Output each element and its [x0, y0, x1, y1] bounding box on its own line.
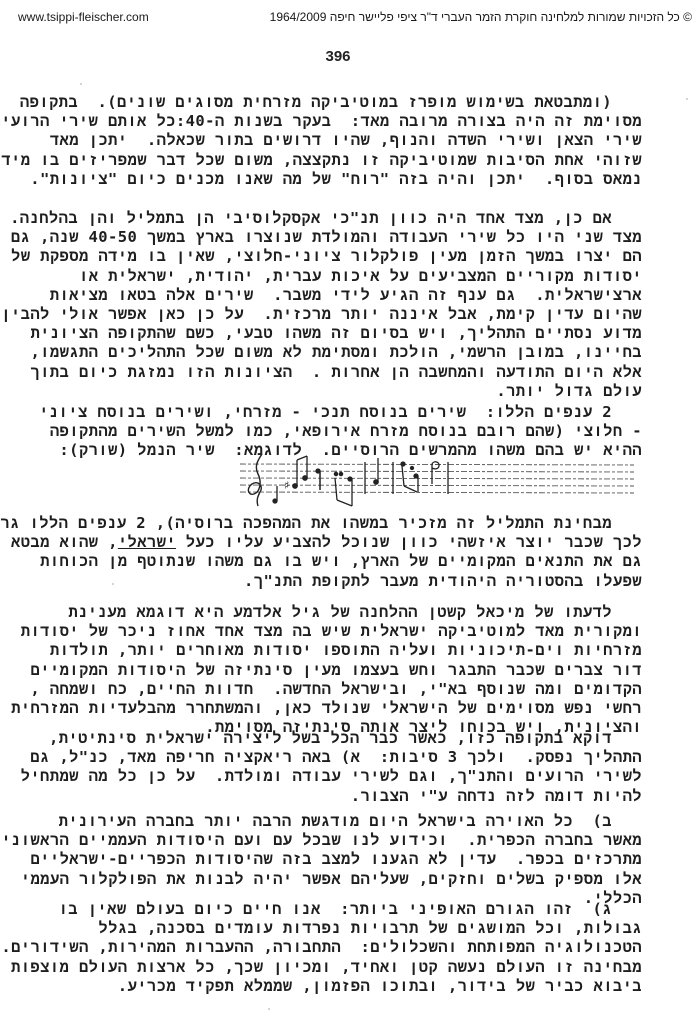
text-line: ומקורית מאד למוטיביקה ישראלית שיש בה מצד…	[58, 622, 642, 641]
music-staff-example: ♯	[240, 454, 634, 516]
copyright-notice: © כל הזכויות שמורות למלחינה חוקרת הזמר ה…	[270, 10, 692, 24]
paragraph-5: לדעתו של מיכאל קשטן ההלחנה של גיל אלדמע …	[58, 603, 642, 737]
text-line: ארצישראלית. גם ענף זה הגיע לידי משבר. שי…	[58, 286, 642, 305]
text-line: הם יצרו במשך הזמן מעין פולקלור ציוני-חלו…	[58, 247, 642, 266]
text-line: ביבוא כביר של בידור, ובתוכו הפזמון, שממל…	[58, 977, 642, 996]
text-line: הטכנולוגיה המפותחת והשכלולים: התחבורה, ה…	[58, 938, 642, 957]
paragraph-7: ב) כל האוירה בישראל היום מודגשת הרבה יות…	[58, 812, 642, 908]
scan-speck	[80, 83, 82, 85]
text-line: מבחינת התמליל זה מזכיר במשהו את המהפכה ב…	[58, 514, 642, 533]
text-line: הקדומים ומה שנוסף בא"י, ובישראל החדשה. ח…	[58, 680, 642, 699]
text-line: - חלוצי (שהם רובם בנוסח מזרח אירופאי, כמ…	[58, 422, 642, 441]
text-line: יסודות מקוריים המצביעים על איכות עברית, …	[58, 267, 642, 286]
text-line: שזוהי אחת הסיבות שמוטיביקה זו נתקצצה, מש…	[58, 151, 642, 170]
text-line: אלא היום התודעה והמחשבה הן אחרות . הציונ…	[58, 363, 642, 382]
text-line: 2 ענפים הללו: שירים בנוסח תנכי - מזרחי, …	[58, 403, 642, 422]
text-line: מתרכזים בכפר. עדין לא הגענו למצב בזה שהי…	[58, 850, 642, 869]
text-line: מזרחיות וים-תיכוניות ועליה התוספו יסודות…	[58, 641, 642, 660]
text-line: נמאס בסוף. יתכן והיה בזה "רוח" של מה שאנ…	[58, 170, 642, 189]
text-line: מדוע נסתיים התהליך, ויש בסיום זה משהו טב…	[58, 324, 642, 343]
text-line: דוקא בתקופה כזו, כאשר כבר הכל בשל ליצירה…	[58, 729, 642, 748]
text-line: גבולות, וכל המושגים של תרבויות נפרדות עו…	[58, 919, 642, 938]
website-url[interactable]: www.tsippi-fleischer.com	[18, 10, 149, 24]
paragraph-1: (ומתבטאת בשימוש מופרז במוטיביקה מזרחית מ…	[58, 93, 642, 189]
text-line: לדעתו של מיכאל קשטן ההלחנה של גיל אלדמע …	[58, 603, 642, 622]
underlined-word: ישראלי	[118, 533, 176, 551]
text-line: גם את התנאים המקומיים של הארץ, ויש בו גם…	[58, 552, 642, 571]
paragraph-4: מבחינת התמליל זה מזכיר במשהו את המהפכה ב…	[58, 514, 642, 591]
scan-speck	[686, 98, 688, 100]
text-line: לכך שכבר יוצר איזשהי כוון שנוכל להצביע ע…	[58, 533, 642, 552]
page-number: 396	[0, 48, 688, 65]
text-line: התהליך נפסק. ולכך 3 סיבות: א) באה ריאקצי…	[58, 748, 642, 767]
text-line: אם כן, מצד אחד היה כוון תנ"כי אקסקלוסיבי…	[58, 209, 642, 228]
page-header: www.tsippi-fleischer.com © כל הזכויות שמ…	[18, 10, 692, 26]
music-notes: ♯	[273, 456, 448, 506]
text-line: דור צברים שכבר התבגר וחש בעצמו מעין סינת…	[58, 661, 642, 680]
text-line: להיות דומה לזה נדחה ע"י הצבור.	[58, 787, 642, 806]
text-line: (ומתבטאת בשימוש מופרז במוטיביקה מזרחית מ…	[58, 93, 642, 112]
treble-clef-icon	[248, 454, 262, 506]
text-line: רחשי נפש מסוימים של הישראלי שנולד כאן, ו…	[58, 699, 642, 718]
paragraph-6: דוקא בתקופה כזו, כאשר כבר הכל בשל ליצירה…	[58, 729, 642, 806]
text-line: בחיינו, במובן הרשמי, הולכת ומסתימת לא מש…	[58, 343, 642, 362]
text-line: מבחינה זו העולם נעשה קטן ואחיד, ומכיון ש…	[58, 958, 642, 977]
scan-speck	[112, 583, 114, 585]
paragraph-3: 2 ענפים הללו: שירים בנוסח תנכי - מזרחי, …	[58, 403, 642, 461]
text-line: מאשר בחברה הכפרית. וכידוע לנו שבכל עם וע…	[58, 831, 642, 850]
paragraph-8: ג) זהו הגורם האופיני ביותר: אנו חיים כיו…	[58, 900, 642, 996]
text-line: שירי הצאן ושירי השדה והנוף, שהיו דרושים …	[58, 131, 642, 150]
svg-text:♯: ♯	[284, 479, 289, 492]
scan-speck	[268, 1008, 270, 1010]
text-line: שפעלו בהסטוריה היהודית מעבר לתקופת התנ"ך…	[58, 572, 642, 591]
text-line: לשירי הרועים והתנ"ך, וגם לשירי עבודה ומו…	[58, 767, 642, 786]
paragraph-2: אם כן, מצד אחד היה כוון תנ"כי אקסקלוסיבי…	[58, 209, 642, 401]
text-line: מסוימת זה היה בצורה מרובה מאד: בעקר בשנו…	[58, 112, 642, 131]
text-line: ג) זהו הגורם האופיני ביותר: אנו חיים כיו…	[58, 900, 642, 919]
text-line: ב) כל האוירה בישראל היום מודגשת הרבה יות…	[58, 812, 642, 831]
text-line: מצד שני היו כל שירי העבודה והמולדת שנוצר…	[58, 228, 642, 247]
text-line: שהיום עדין קימת, אבל איננה יותר מרכזית. …	[58, 305, 642, 324]
text-line: עולם גדול יותר.	[58, 382, 642, 401]
text-line: אלו מספיק בשלים וחזקים, שעליהם אפשר יהיה…	[58, 870, 642, 889]
